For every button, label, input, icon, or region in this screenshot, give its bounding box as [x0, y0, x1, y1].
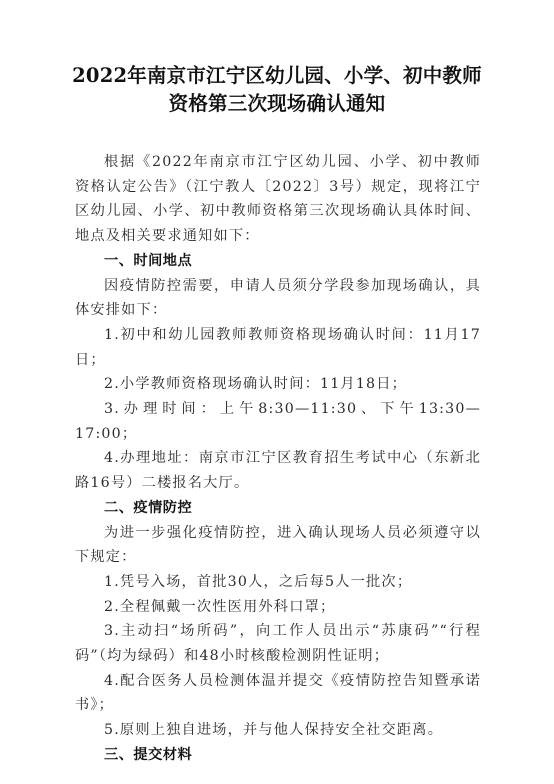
title-line-2: 资格第三次现场确认通知 [40, 90, 514, 118]
list-item: 5.原则上独自进场，并与他人保持安全社交距离。 [75, 718, 481, 743]
list-item: 1.初中和幼儿园教师教师资格现场确认时间：11月17日； [75, 323, 481, 372]
list-item: 4.配合医务人员检测体温并提交《疫情防控告知暨承诺书》； [75, 669, 481, 718]
section-heading-materials: 三、提交材料 [75, 743, 481, 768]
document-body: 根据《2022年南京市江宁区幼儿园、小学、初中教师资格认定公告》（江宁教人〔20… [75, 150, 481, 768]
paragraph: 因疫情防控需要，申请人员须分学段参加现场确认，具体安排如下： [75, 274, 481, 323]
list-item: 3.主动扫“场所码”，向工作人员出示“苏康码”“行程码”（均为绿码）和48小时核… [75, 619, 481, 668]
list-item: 4.办理地址：南京市江宁区教育招生考试中心（东新北路16号）二楼报名大厅。 [75, 446, 481, 495]
list-item: 2.小学教师资格现场确认时间：11月18日； [75, 372, 481, 397]
title-line-1: 2022年南京市江宁区幼儿园、小学、初中教师 [40, 62, 514, 90]
intro-paragraph: 根据《2022年南京市江宁区幼儿园、小学、初中教师资格认定公告》（江宁教人〔20… [75, 150, 481, 249]
document-page: 2022年南京市江宁区幼儿园、小学、初中教师 资格第三次现场确认通知 根据《20… [0, 0, 554, 784]
section-heading-time-location: 一、时间地点 [75, 249, 481, 274]
paragraph: 为进一步强化疫情防控，进入确认现场人员必须遵守以下规定： [75, 521, 481, 570]
list-item: 2.全程佩戴一次性医用外科口罩； [75, 595, 481, 620]
list-item: 3.办理时间：上午8:30—11:30、下午13:30—17:00； [75, 397, 481, 446]
section-heading-epidemic-control: 二、疫情防控 [75, 496, 481, 521]
document-title: 2022年南京市江宁区幼儿园、小学、初中教师 资格第三次现场确认通知 [40, 62, 514, 118]
list-item: 1.凭号入场，首批30人，之后每5人一批次； [75, 570, 481, 595]
